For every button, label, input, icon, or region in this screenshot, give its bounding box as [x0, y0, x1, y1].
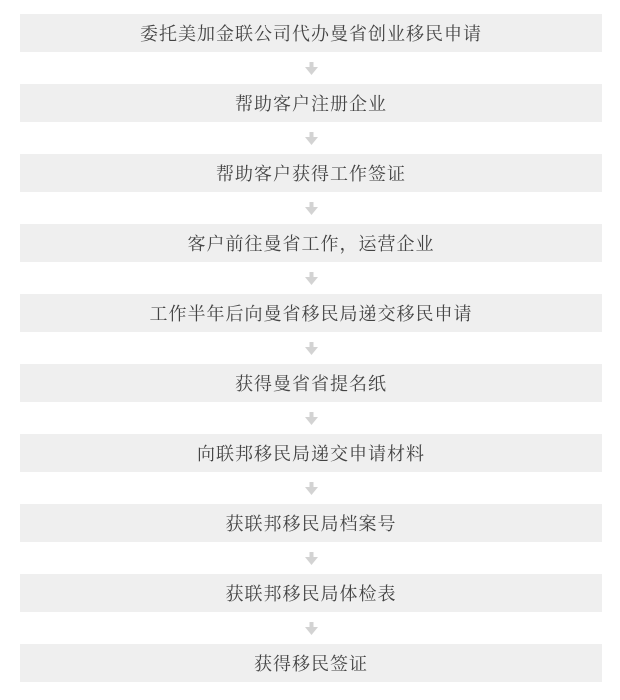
- flow-step-5: 工作半年后向曼省移民局递交移民申请: [20, 294, 602, 332]
- flow-step-2: 帮助客户注册企业: [20, 84, 602, 122]
- down-arrow-icon: [305, 132, 318, 145]
- flow-step-9: 获联邦移民局体检表: [20, 574, 602, 612]
- flowchart: 委托美加金联公司代办曼省创业移民申请 帮助客户注册企业 帮助客户获得工作签证 客…: [20, 0, 602, 682]
- arrow-gap-6: [20, 402, 602, 434]
- arrow-gap-4: [20, 262, 602, 294]
- down-arrow-icon: [305, 552, 318, 565]
- down-arrow-icon: [305, 482, 318, 495]
- flow-step-4: 客户前往曼省工作，运营企业: [20, 224, 602, 262]
- down-arrow-icon: [305, 342, 318, 355]
- flow-step-6: 获得曼省省提名纸: [20, 364, 602, 402]
- flow-step-8: 获联邦移民局档案号: [20, 504, 602, 542]
- down-arrow-icon: [305, 622, 318, 635]
- down-arrow-icon: [305, 62, 318, 75]
- arrow-gap-9: [20, 612, 602, 644]
- down-arrow-icon: [305, 412, 318, 425]
- arrow-gap-8: [20, 542, 602, 574]
- flow-step-1: 委托美加金联公司代办曼省创业移民申请: [20, 14, 602, 52]
- arrow-gap-3: [20, 192, 602, 224]
- page: { "page": { "background_color": "#ffffff…: [0, 0, 620, 700]
- arrow-gap-5: [20, 332, 602, 364]
- flow-step-10: 获得移民签证: [20, 644, 602, 682]
- flow-step-3: 帮助客户获得工作签证: [20, 154, 602, 192]
- arrow-gap-1: [20, 52, 602, 84]
- down-arrow-icon: [305, 272, 318, 285]
- arrow-gap-7: [20, 472, 602, 504]
- arrow-gap-2: [20, 122, 602, 154]
- flow-step-7: 向联邦移民局递交申请材料: [20, 434, 602, 472]
- down-arrow-icon: [305, 202, 318, 215]
